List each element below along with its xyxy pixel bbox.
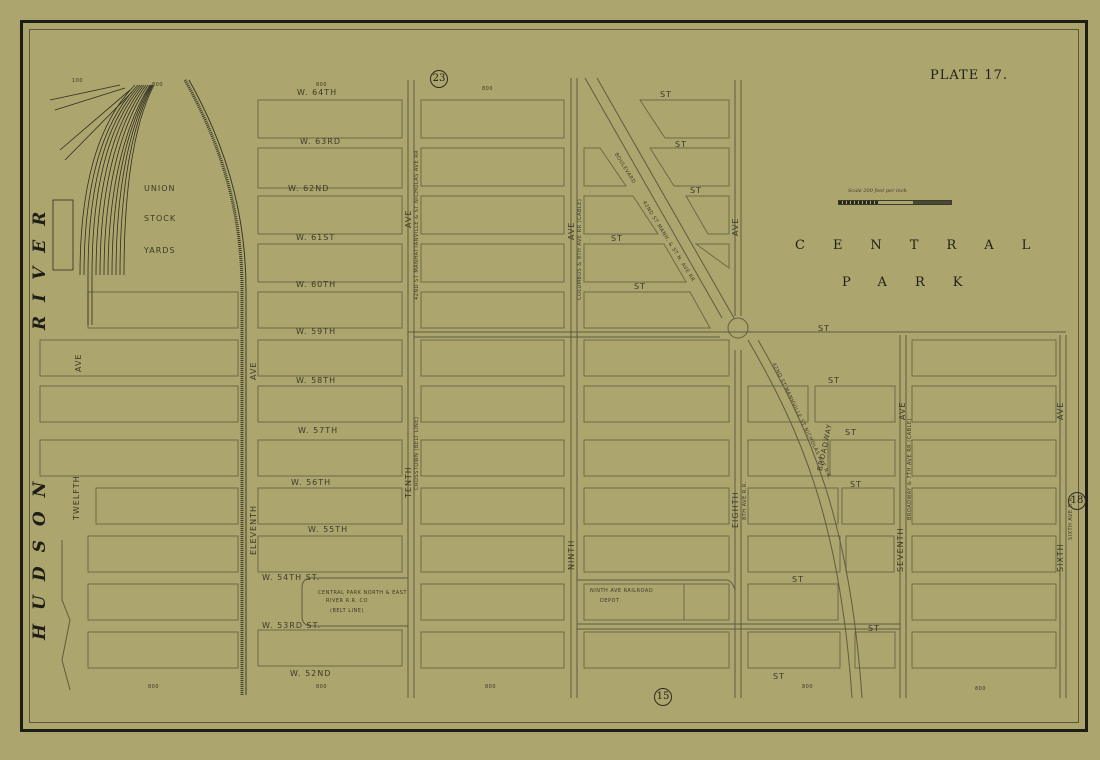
central-park-label-2: PARK (842, 275, 990, 290)
rr-tenth: 42ND ST MANHATTANVILLE & ST NICHOLAS AVE… (414, 150, 420, 300)
blocks-ninth-eighth (584, 340, 729, 668)
street-w62: W. 62ND (288, 184, 329, 193)
avenue-seventh: SEVENTH (896, 527, 905, 572)
street-st-62: ST (690, 186, 702, 195)
rr-seventh: BROADWAY & 7TH AVE RR (CABLE) (907, 418, 913, 520)
street-w63: W. 63RD (300, 137, 341, 146)
dim-block-3: 800 (482, 86, 493, 92)
blocks-tenth-ninth (421, 100, 564, 668)
street-w53: W. 53RD ST. (262, 621, 321, 630)
street-st-53: ST (868, 624, 880, 633)
stockyard-label-3: YARDS (144, 246, 176, 255)
street-st-56: ST (850, 480, 862, 489)
dim-frontage: 100 (72, 78, 83, 84)
eleventh-ave-railroad (185, 80, 246, 695)
blocks-west (40, 292, 238, 668)
avenue-eighth-ave: AVE (731, 218, 740, 237)
blocks-boulevard (584, 100, 729, 328)
dim-block-2: 800 (316, 82, 327, 88)
street-st-64: ST (660, 90, 672, 99)
street-st-61: ST (611, 234, 623, 243)
avenue-twelfth-ave: AVE (74, 354, 83, 373)
street-st-54: ST (792, 575, 804, 584)
avenue-eighth: EIGHTH (731, 491, 740, 528)
street-grid (0, 0, 1100, 760)
hudson-label: HUDSON (30, 468, 50, 640)
dim-block-bottom: 800 (148, 684, 159, 690)
avenue-sixth-ave: AVE (1056, 402, 1065, 421)
avenue-ninth: NINTH (567, 540, 576, 570)
street-w60: W. 60TH (296, 280, 336, 289)
street-st-60: ST (634, 282, 646, 291)
stockyard-label-1: UNION (144, 184, 175, 193)
street-st-59: ST (818, 324, 830, 333)
street-w59: W. 59TH (296, 327, 336, 336)
avenue-eleventh-ave: AVE (249, 362, 258, 381)
dim-block-bottom-2: 800 (316, 684, 327, 690)
avenue-ninth-ave: AVE (567, 222, 576, 241)
street-w55: W. 55TH (308, 525, 348, 534)
street-st-58: ST (828, 376, 840, 385)
street-st-52: ST (773, 672, 785, 681)
river-label: RIVER (30, 198, 50, 330)
rr-eighth: 8TH AVE R.R. (742, 481, 748, 520)
ninth-depot-1: NINTH AVE RAILROAD (590, 588, 653, 594)
blocks-seventh-sixth (912, 340, 1056, 668)
plate-title: PLATE 17. (930, 68, 1008, 83)
street-w64: W. 64TH (297, 88, 337, 97)
rr-tenth-belt: CROSSTOWN (BELT LINE) (414, 417, 420, 490)
avenue-sixth: SIXTH (1056, 543, 1065, 572)
street-st-57: ST (845, 428, 857, 437)
shoreline (62, 540, 70, 690)
stockyard-label-2: STOCK (144, 214, 176, 223)
belt-company-3: (BELT LINE) (330, 608, 364, 614)
street-w58: W. 58TH (296, 376, 336, 385)
avenue-seventh-ave: AVE (898, 402, 907, 421)
avenue-tenth: TENTH (404, 466, 413, 498)
map-sheet: PLATE 17. CENTRAL PARK RIVER HUDSON Scal… (0, 0, 1100, 760)
stockyard-tracks (50, 85, 154, 325)
avenue-tenth-ave: AVE (404, 210, 413, 229)
street-w56: W. 56TH (291, 478, 331, 487)
ninth-depot-2: DEPOT (600, 598, 620, 604)
avenue-eleventh: ELEVENTH (249, 505, 258, 555)
avenue-twelfth: TWELFTH (72, 475, 81, 520)
sheet-ref-top[interactable]: 23 (430, 70, 448, 88)
scale-bar (838, 200, 952, 205)
scale-title: Scale 200 feet per inch (848, 188, 907, 194)
street-w57: W. 57TH (298, 426, 338, 435)
central-park-label: CENTRAL (795, 238, 1058, 253)
rr-ninth: COLUMBUS & 9TH AVE RR (CABLE) (577, 199, 583, 300)
street-w52: W. 52ND (290, 669, 331, 678)
rr-sixth: SIXTH AVE R.R. (1068, 496, 1074, 540)
street-w54: W. 54TH ST. (262, 573, 320, 582)
sheet-ref-bottom[interactable]: 15 (654, 688, 672, 706)
street-w61: W. 61ST (296, 233, 335, 242)
street-st-63: ST (675, 140, 687, 149)
dim-block-bottom-4: 800 (802, 684, 813, 690)
belt-company-2: RIVER R.R. CO (326, 598, 368, 604)
belt-company-1: CENTRAL PARK NORTH & EAST (318, 590, 407, 596)
dim-block-bottom-5: 800 (975, 686, 986, 692)
dim-block-bottom-3: 800 (485, 684, 496, 690)
dim-block: 800 (152, 82, 163, 88)
